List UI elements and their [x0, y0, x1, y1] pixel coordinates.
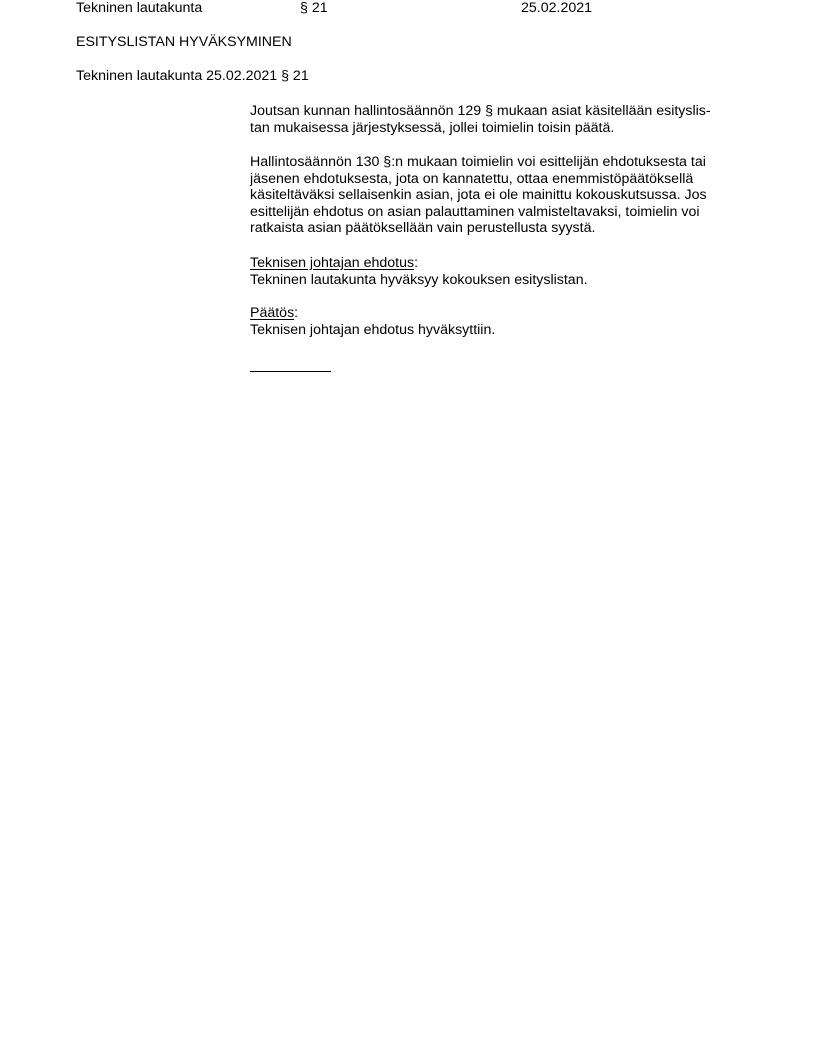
decision-text: Teknisen johtajan ehdotus hyväksyttiin.	[250, 322, 740, 339]
decision-heading: Päätös	[250, 305, 294, 321]
decision-heading-colon: :	[294, 305, 298, 321]
meeting-reference: Tekninen lautakunta 25.02.2021 § 21	[76, 68, 309, 85]
header-board-name: Tekninen lautakunta	[76, 0, 202, 17]
header-date: 25.02.2021	[521, 0, 592, 17]
proposal-section: Teknisen johtajan ehdotus: Tekninen laut…	[250, 255, 740, 288]
paragraph-line: jäsenen ehdotuksesta, jota on kannatettu…	[250, 171, 740, 188]
proposal-heading: Teknisen johtajan ehdotus	[250, 255, 414, 271]
intro-paragraph: Joutsan kunnan hallintosäännön 129 § muk…	[250, 103, 740, 136]
header-section-number: § 21	[300, 0, 328, 17]
paragraph-line: Joutsan kunnan hallintosäännön 129 § muk…	[250, 103, 740, 120]
decision-section: Päätös: Teknisen johtajan ehdotus hyväks…	[250, 305, 740, 338]
paragraph-line: ratkaista asian päätöksellään vain perus…	[250, 220, 740, 237]
paragraph-line: käsiteltäväksi sellaisenkin asian, jota …	[250, 187, 740, 204]
decision-heading-line: Päätös:	[250, 305, 740, 322]
rules-paragraph: Hallintosäännön 130 §:n mukaan toimielin…	[250, 154, 740, 237]
proposal-text: Tekninen lautakunta hyväksyy kokouksen e…	[250, 272, 740, 289]
paragraph-line: tan mukaisessa järjestyksessä, jollei to…	[250, 120, 740, 137]
paragraph-line: esittelijän ehdotus on asian palauttamin…	[250, 204, 740, 221]
proposal-heading-line: Teknisen johtajan ehdotus:	[250, 255, 740, 272]
proposal-heading-colon: :	[414, 255, 418, 271]
end-separator-line	[250, 371, 331, 372]
paragraph-line: Hallintosäännön 130 §:n mukaan toimielin…	[250, 154, 740, 171]
document-title: ESITYSLISTAN HYVÄKSYMINEN	[76, 34, 292, 51]
